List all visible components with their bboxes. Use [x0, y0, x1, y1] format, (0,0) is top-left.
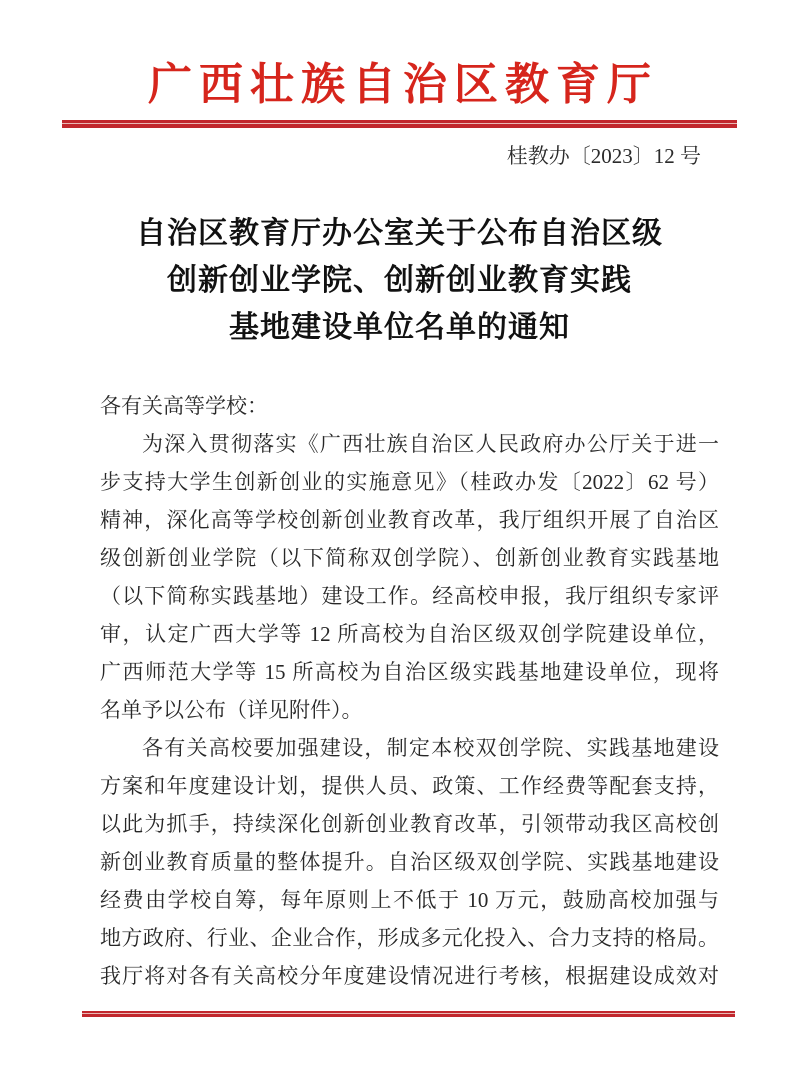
- paragraph-2: 各有关高校要加强建设，制定本校双创学院、实践基地建设 方案和年度建设计划，提供人…: [100, 729, 719, 995]
- title-line-2: 创新创业学院、创新创业教育实践: [0, 257, 799, 304]
- body-line: 精神，深化高等学校创新创业教育改革，我厅组织开展了自治区: [100, 501, 719, 539]
- body-line: （以下简称实践基地）建设工作。经高校申报，我厅组织专家评: [100, 577, 719, 615]
- footer-red-rule: [82, 1011, 735, 1017]
- issuing-org-name: 广西壮族自治区教育厅: [0, 0, 799, 112]
- document-number: 桂教办〔2023〕12 号: [0, 140, 799, 170]
- body-line: 经费由学校自筹，每年原则上不低于 10 万元，鼓励高校加强与: [100, 881, 719, 919]
- salutation: 各有关高等学校：: [100, 387, 719, 425]
- document-page: 广西壮族自治区教育厅 桂教办〔2023〕12 号 自治区教育厅办公室关于公布自治…: [0, 0, 799, 1074]
- body-line: 为深入贯彻落实《广西壮族自治区人民政府办公厅关于进一: [100, 425, 719, 463]
- paragraph-1: 为深入贯彻落实《广西壮族自治区人民政府办公厅关于进一 步支持大学生创新创业的实施…: [100, 425, 719, 729]
- body-line: 审，认定广西大学等 12 所高校为自治区级双创学院建设单位，: [100, 615, 719, 653]
- body-line: 方案和年度建设计划，提供人员、政策、工作经费等配套支持，: [100, 767, 719, 805]
- body-line: 我厅将对各有关高校分年度建设情况进行考核，根据建设成效对: [100, 957, 719, 995]
- body-line: 以此为抓手，持续深化创新创业教育改革，引领带动我区高校创: [100, 805, 719, 843]
- body-line: 新创业教育质量的整体提升。自治区级双创学院、实践基地建设: [100, 843, 719, 881]
- notice-title: 自治区教育厅办公室关于公布自治区级 创新创业学院、创新创业教育实践 基地建设单位…: [0, 210, 799, 351]
- notice-body: 各有关高等学校： 为深入贯彻落实《广西壮族自治区人民政府办公厅关于进一 步支持大…: [0, 387, 799, 995]
- body-line: 各有关高校要加强建设，制定本校双创学院、实践基地建设: [100, 729, 719, 767]
- body-line: 广西师范大学等 15 所高校为自治区级实践基地建设单位，现将: [100, 653, 719, 691]
- body-line: 地方政府、行业、企业合作，形成多元化投入、合力支持的格局。: [100, 919, 719, 957]
- title-line-1: 自治区教育厅办公室关于公布自治区级: [0, 210, 799, 257]
- body-line: 名单予以公布（详见附件）。: [100, 691, 719, 729]
- title-line-3: 基地建设单位名单的通知: [0, 304, 799, 351]
- header-red-rule: [62, 120, 737, 128]
- body-line: 级创新创业学院（以下简称双创学院）、创新创业教育实践基地: [100, 539, 719, 577]
- body-line: 步支持大学生创新创业的实施意见》（桂政办发〔2022〕62 号）: [100, 463, 719, 501]
